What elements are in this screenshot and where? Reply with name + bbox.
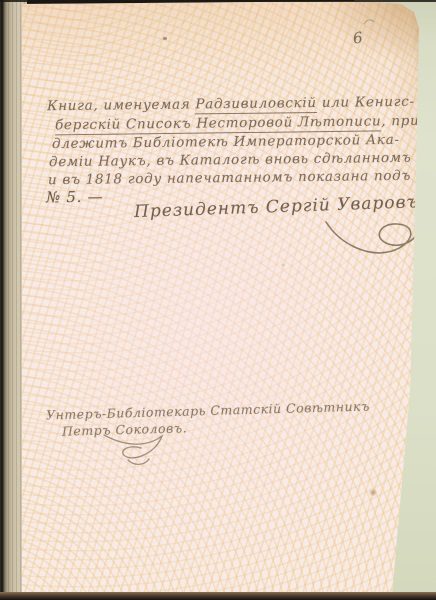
note-line-5: и въ 1818 году напечатанномъ показана по… — [48, 168, 411, 188]
foxing-stain — [368, 489, 378, 496]
note-line-1: Книга, именуемая Радзивиловскій или Кени… — [47, 94, 415, 114]
ink-speck — [163, 37, 167, 40]
manuscript-page: 6 Книга, именуемая Радзивиловскій или Ке… — [22, 1, 422, 595]
signature-flourish — [322, 212, 424, 262]
sokolov-flourish — [98, 431, 170, 471]
page-number: 6 — [352, 28, 364, 47]
note-catalog-number: № 5. — — [46, 188, 103, 207]
note-line-1-text: Книга, именуемая — [47, 96, 196, 114]
underlined-title-part1: Радзивиловскій — [195, 95, 317, 114]
manuscript-scan-photo: 6 Книга, именуемая Радзивиловскій или Ке… — [0, 0, 436, 600]
ink-speck-mark — [362, 17, 376, 27]
photo-bottom-edge — [0, 592, 436, 600]
note-line-2: бергскій Списокъ Несторовой Лѣтописи, пр… — [55, 113, 436, 134]
paper-blemish — [280, 263, 286, 267]
note-line-3: длежитъ Библіотекѣ Императорской Ака- — [52, 132, 400, 152]
photo-top-edge — [0, 0, 436, 2]
note-line-4: деміи Наукъ, въ Каталогѣ вновь сдѣланном… — [49, 150, 412, 170]
librarian-note-line-1: Унтеръ-Библіотекарь Статскій Совѣтникъ — [46, 398, 370, 422]
note-line-1-tail: или Кенигс- — [317, 94, 415, 111]
